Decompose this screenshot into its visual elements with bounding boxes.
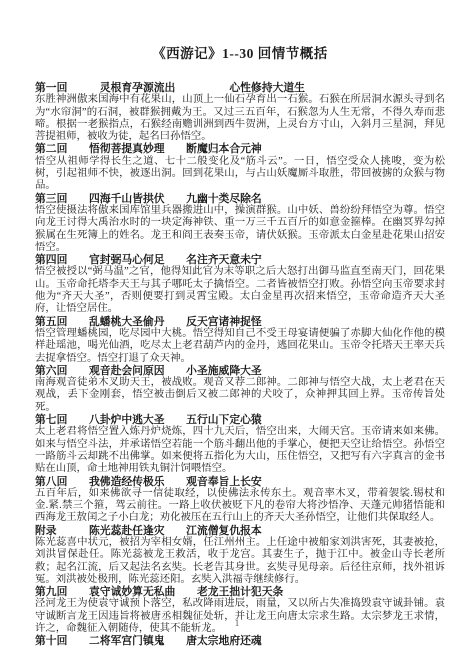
chapter-04-summary: 悟空被授以“弼马温”之官，他得知此官为末等职之后大怒打出御马监直至南天门，回花果… [35,266,445,315]
chapter-08-summary: 五百年后，如来佛欲寻一信徒取经，以使佛法永传东土。观音率木叉，带着袈裟.锡杖和金… [35,488,445,525]
appendix-summary: 陈光蕊喜中状元，被招为宰相女婿，任江州州主。上任途中被船家刘洪害死，其妻被抢，刘… [35,537,445,586]
chapter-10-heading: 第十回 二将军宫门镇鬼 唐太宗地府还魂 [35,635,445,647]
chapter-05-heading: 第五回 乱蟠桃大圣偷丹 反天宫诸神捉怪 [35,316,445,328]
chapter-07-summary: 太上老君将悟空置入炼丹炉烧炼，四十九天后，悟空出来，大闹天宫。玉帝请来如来佛。如… [35,426,445,475]
chapter-06-summary: 南海观音徒弟木叉助天王，被战败。观音又荐二郎神。二郎神与悟空大战，太上老君在天观… [35,377,445,414]
chapter-03-summary: 悟空使摄法将傲来国库馆里兵器搬进山中，操演群猴。山中妖、兽纷纷拜悟空为尊。悟空向… [35,205,445,254]
chapter-02-heading: 第二回 悟彻菩提真妙理 断魔归本合元神 [35,143,445,155]
chapter-05-summary: 悟空管理蟠桃园，吃尽园中大桃。悟空得知自己不受王母宴请便骗了赤脚大仙化作他的模样… [35,328,445,365]
chapter-08-heading: 第八回 我佛造经传极乐 观音奉旨上长安 [35,476,445,488]
chapter-01-heading: 第一回 灵根育孕源流出 心性修持大道生 [35,82,445,94]
chapter-02-summary: 悟空从祖师学得长生之道、七十二般变化及“筋斗云”。一日，悟空受众人挑唆，变为松树… [35,156,445,193]
chapter-04-heading: 第四回 官封弼马心何足 名注齐天意未宁 [35,254,445,266]
chapter-03-heading: 第三回 四海千山皆拱伏 九幽十类尽除名 [35,193,445,205]
document-page: 《西游记》1--30 回情节概括 第一回 灵根育孕源流出 心性修持大道生 东胜神… [0,0,474,670]
chapter-06-heading: 第六回 观音赴会问原因 小圣施威降大圣 [35,365,445,377]
chapter-01-summary: 东胜神洲傲来国海中有花果山，山顶上一仙石孕育出一石猴。石猴在所居洞水源头寻到名为… [35,94,445,143]
document-content: 《西游记》1--30 回情节概括 第一回 灵根育孕源流出 心性修持大道生 东胜神… [35,42,445,648]
chapter-09-summary: 泾河龙王为使袁守诚预卜落空，私改降雨进辰，雨量，又以所占失准捣毁袁守诚卦铺。袁守… [35,598,445,635]
appendix-heading: 附录 陈光蕊赴任逢灾 江流僧复仇报本 [35,525,445,537]
chapter-09-heading: 第九回 袁守诚妙算无私曲 老龙王拙计犯天条 [35,586,445,598]
document-title: 《西游记》1--30 回情节概括 [35,42,445,62]
chapter-07-heading: 第七回 八卦炉中逃大圣 五行山下定心猿 [35,414,445,426]
page-number: 1 [0,618,474,628]
